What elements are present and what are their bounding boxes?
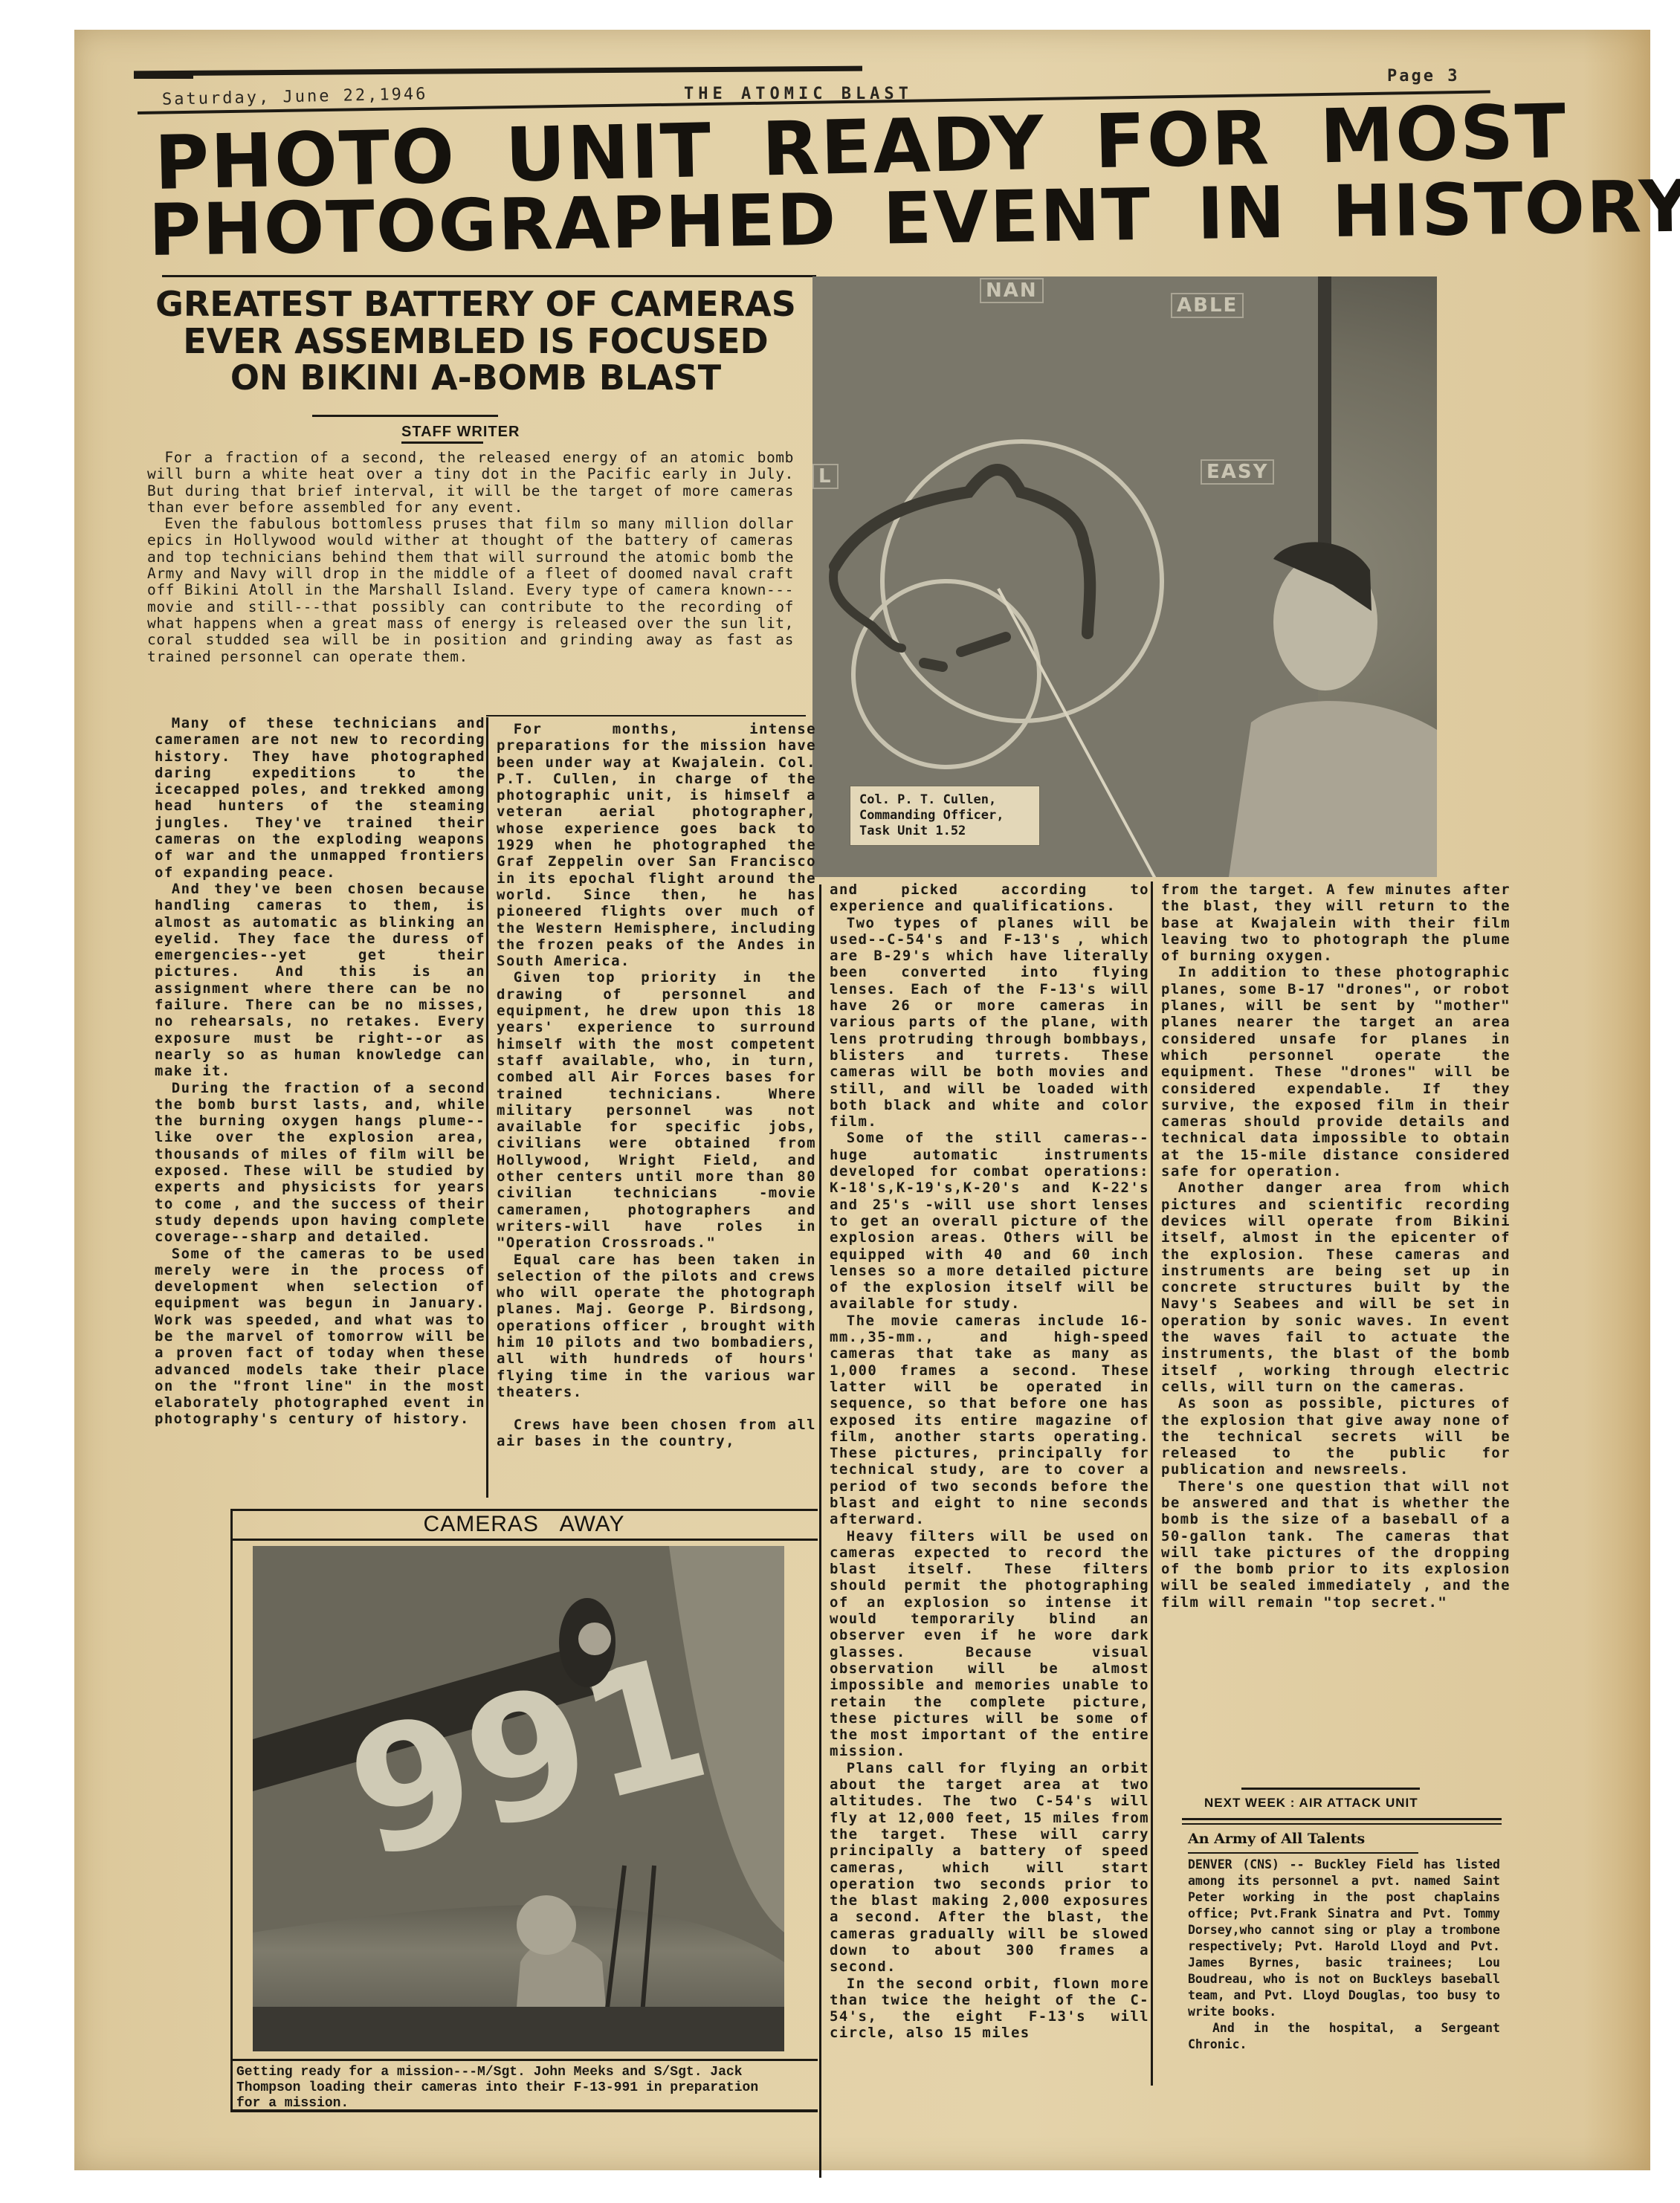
cameras-away-bottom-rule [230,2109,818,2112]
article-paragraph: Crews have been chosen from all air base… [497,1417,816,1450]
cameras-away-caption: Getting ready for a mission---M/Sgt. Joh… [236,2065,786,2112]
sidebar-paragraph: And in the hospital, a Sergeant Chronic. [1188,2020,1500,2053]
photo-f13-loading: 991 [253,1546,784,2051]
article-lead-paragraph: Even the fabulous bottomless pruses that… [147,516,794,665]
sidebar-title: An Army of All Talents [1188,1831,1365,1847]
sidebar-body: DENVER (CNS) -- Buckley Field has listed… [1188,1857,1500,2053]
subhead: GREATEST BATTERY OF CAMERAS EVER ASSEMBL… [149,286,803,397]
column-2-top-rule [486,715,806,716]
sidebar-top-rule-2 [1182,1823,1502,1825]
article-lead: For a fraction of a second, the released… [147,450,794,714]
article-column-4: from the target. A few minutes after the… [1161,881,1511,1692]
column-divider [1151,881,1153,2086]
article-paragraph: As soon as possible, pictures of the exp… [1161,1395,1511,1478]
subhead-line-3: ON BIKINI A-BOMB BLAST [149,360,803,397]
article-paragraph: In the second orbit, flown more than twi… [830,1976,1149,2042]
article-paragraph: In addition to these photographic planes… [1161,964,1511,1180]
sidebar-top-rule [1182,1818,1502,1820]
article-paragraph: and picked according to experience and q… [830,881,1149,915]
caption-line: Col. P. T. Cullen, [859,792,1030,808]
masthead-page-number: Page 3 [1387,67,1459,85]
photo-col-cullen: NAN ABLE EASY L Col. P. T. Cullen, Comma… [812,276,1437,877]
article-column-3: and picked according to experience and q… [830,881,1149,2182]
article-lead-paragraph: For a fraction of a second, the released… [147,450,794,516]
subhead-line-1: GREATEST BATTERY OF CAMERAS [149,286,803,323]
article-paragraph: Heavy filters will be used on cameras ex… [830,1528,1149,1760]
article-paragraph: Plans call for flying an orbit about the… [830,1760,1149,1976]
next-week-rule [1241,1788,1420,1790]
airplane-illustration: 991 [253,1546,784,2051]
article-paragraph: For months, intense preparations for the… [497,721,816,969]
article-paragraph: And they've been chosen because handling… [155,881,485,1080]
subhead-underline [312,415,498,417]
article-column-1: Many of these technicians and cameramen … [155,715,485,1495]
column-divider [819,884,821,2178]
cameras-away-title: CAMERAS AWAY [230,1512,818,1537]
article-paragraph: Many of these technicians and cameramen … [155,715,485,881]
caption-line: Task Unit 1.52 [859,824,1030,839]
sidebar-title-underline [1188,1852,1418,1854]
masthead-top-rule-left [134,74,193,79]
cameras-away-top-rule [230,1509,818,1511]
byline-underline [401,441,483,444]
article-paragraph: There's one question that will not be an… [1161,1478,1511,1611]
article-paragraph: Two types of planes will be used--C-54's… [830,915,1149,1130]
map-label-nan: NAN [980,278,1044,303]
map-label-easy: EASY [1201,459,1274,485]
article-paragraph: Some of the still cameras-- huge automat… [830,1130,1149,1312]
cameras-away-title-rule [230,1539,818,1541]
article-paragraph: Given top priority in the drawing of per… [497,969,816,1251]
photo-caption-cullen: Col. P. T. Cullen, Commanding Officer, T… [850,786,1040,846]
article-paragraph: Equal care has been taken in selection o… [497,1252,816,1401]
headline-underline [162,275,816,277]
article-column-2: For months, intense preparations for the… [497,721,816,1479]
cameras-away-caption-rule [230,2059,818,2061]
article-paragraph: During the fraction of a second the bomb… [155,1080,485,1246]
subhead-line-2: EVER ASSEMBLED IS FOCUSED [149,323,803,360]
article-paragraph: from the target. A few minutes after the… [1161,881,1511,964]
map-label-able: ABLE [1171,293,1244,318]
caption-line: Commanding Officer, [859,808,1030,824]
next-week-teaser: NEXT WEEK : AIR ATTACK UNIT [1204,1796,1418,1811]
map-label-l: L [812,464,839,489]
article-paragraph: Some of the cameras to be used merely we… [155,1246,485,1428]
column-divider [486,717,488,1498]
cameras-away-left-border [230,1509,233,2111]
article-paragraph: Another danger area from which pictures … [1161,1180,1511,1395]
sidebar-paragraph: DENVER (CNS) -- Buckley Field has listed… [1188,1857,1500,2020]
byline: STAFF WRITER [401,424,520,441]
article-paragraph: The movie cameras include 16-mm.,35-mm.,… [830,1313,1149,1528]
